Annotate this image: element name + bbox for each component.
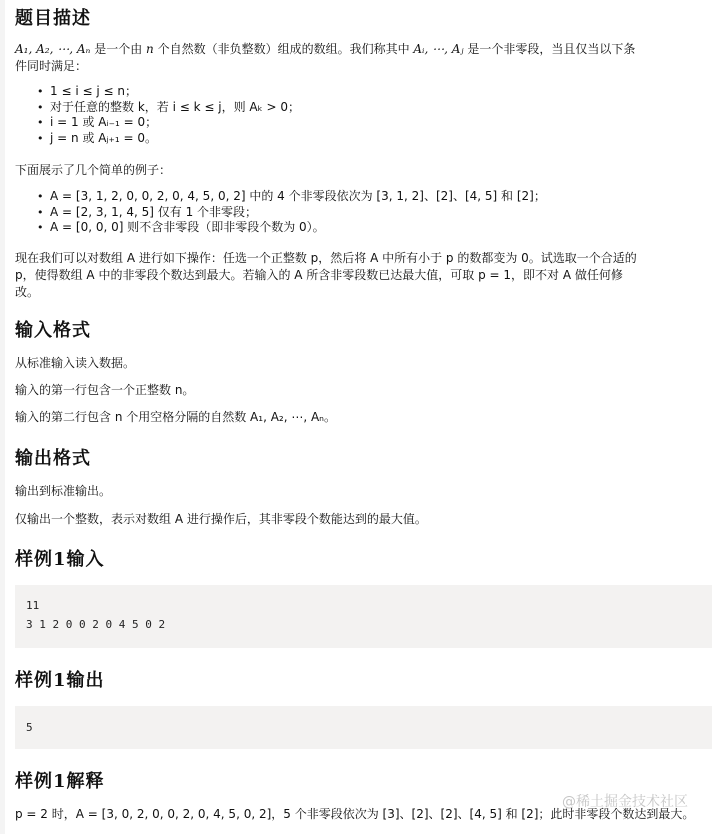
input-format-line: 从标准输入读入数据。 xyxy=(15,355,135,372)
input-format-heading: 输入格式 xyxy=(15,316,91,342)
sample-output-heading: 样例1输出 xyxy=(15,666,105,692)
examples-intro: 下面展示了几个简单的例子： xyxy=(15,162,171,179)
operation-description: 现在我们可以对数组 A 进行如下操作：任选一个正整数 p，然后将 A 中所有小于… xyxy=(15,250,715,301)
output-format-heading: 输出格式 xyxy=(15,444,91,470)
input-format-line: 输入的第二行包含 n 个用空格分隔的自然数 A₁, A₂, ⋯, Aₙ。 xyxy=(15,409,336,426)
example-item: A = [3, 1, 2, 0, 0, 2, 0, 4, 5, 0, 2] 中的… xyxy=(15,189,546,205)
example-item: A = [0, 0, 0] 则不含非零段（即非零段个数为 0）。 xyxy=(15,220,546,236)
examples-list: A = [3, 1, 2, 0, 0, 2, 0, 4, 5, 0, 2] 中的… xyxy=(15,189,546,236)
sample-input-heading: 样例1输入 xyxy=(15,545,105,571)
output-format-line: 仅输出一个整数，表示对数组 A 进行操作后，其非零段个数能达到的最大值。 xyxy=(15,511,427,528)
sample-input-line: 3 1 2 0 0 2 0 4 5 0 2 xyxy=(26,618,165,631)
sample-explanation-heading: 样例1解释 xyxy=(15,767,105,793)
left-edge xyxy=(0,0,5,834)
sample-output-line: 5 xyxy=(26,721,33,734)
output-format-line: 输出到标准输出。 xyxy=(15,483,111,500)
condition-item: i = 1 或 Aᵢ₋₁ = 0； xyxy=(15,115,300,131)
example-item: A = [2, 3, 1, 4, 5] 仅有 1 个非零段； xyxy=(15,205,546,221)
description-heading: 题目描述 xyxy=(15,4,91,30)
input-format-line: 输入的第一行包含一个正整数 n。 xyxy=(15,382,194,399)
conditions-list: 1 ≤ i ≤ j ≤ n； 对于任意的整数 k，若 i ≤ k ≤ j，则 A… xyxy=(15,84,300,146)
condition-item: j = n 或 Aⱼ₊₁ = 0。 xyxy=(15,131,300,147)
condition-item: 1 ≤ i ≤ j ≤ n； xyxy=(15,84,300,100)
sample-input-code-block[interactable]: 11 3 1 2 0 0 2 0 4 5 0 2 xyxy=(15,585,712,648)
watermark: @稀土掘金技术社区 xyxy=(562,791,688,811)
sample-input-line: 11 xyxy=(26,599,39,612)
math-sequence: A₁, A₂, ⋯, Aₙ xyxy=(15,42,90,56)
condition-item: 对于任意的整数 k，若 i ≤ k ≤ j，则 Aₖ > 0； xyxy=(15,100,300,116)
description-intro: A₁, A₂, ⋯, Aₙ 是一个由 n 个自然数（非负整数）组成的数组。我们称… xyxy=(15,41,715,75)
math-segment: Aᵢ, ⋯, Aⱼ xyxy=(413,42,463,56)
sample-output-code-block[interactable]: 5 xyxy=(15,706,712,749)
